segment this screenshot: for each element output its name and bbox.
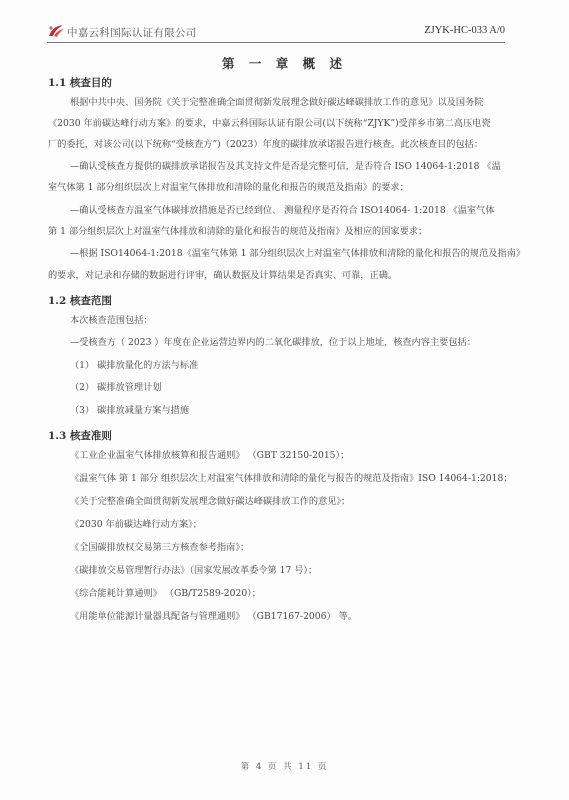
criteria-item: 《工业企业温室气体排放核算和报告通则》 （GBT 32150-2015）；	[48, 445, 540, 467]
document-page: 中嘉云科国际认证有限公司 ZJYK-HC-033 A/0 第 一 章 概 述 1…	[0, 0, 569, 800]
header-divider	[47, 42, 505, 43]
paragraph-line: 根据中共中央、国务院《关于完整准确全面贯彻新发展理念做好碳达峰碳排放工作的意见》…	[48, 92, 540, 114]
list-item: （2） 碳排放管理计划	[48, 377, 540, 399]
page-number: 第 4 页 共 11 页	[0, 760, 569, 772]
document-number: ZJYK-HC-033 A/0	[424, 25, 505, 36]
paragraph-line: —根据 ISO14064-1:2018《温室气体第 1 部分组织层次上对温室气体…	[48, 243, 540, 265]
criteria-item: 《温室气体 第 1 部分 组织层次上对温室气体排放和清除的量化与报告的规范及指南…	[48, 468, 540, 490]
criteria-item: 《碳排放交易管理暂行办法》（国家发展改革委令第 17 号）；	[48, 560, 540, 582]
paragraph-line: —确认受核查方提供的碳排放承诺报告及其支持文件是否是完整可信，是否符合 ISO …	[48, 156, 540, 178]
paragraph-line: —受核查方（ 2023 ）年度在企业运营边界内的二氧化碳排放，位于以上地址，核查…	[48, 332, 540, 354]
criteria-item: 《用能单位能源计量器具配备与管理通则》 （GB17167-2006） 等。	[48, 606, 540, 628]
paragraph-line: 厂的委托，对该公司(以下统称“受核查方”)（2023）年度的碳排放承诺报告进行核…	[48, 134, 518, 156]
company-logo-icon	[47, 24, 65, 38]
section-heading: 1.1 核查目的	[48, 75, 112, 90]
paragraph-line: 的要求，对记录和存储的数据进行评审，确认数据及计算结果是否真实、可靠，正确。	[48, 265, 518, 287]
page-header: 中嘉云科国际认证有限公司 ZJYK-HC-033 A/0	[47, 22, 485, 42]
chapter-title: 第 一 章 概 述	[0, 54, 569, 72]
section-heading: 1.2 核查范围	[48, 293, 112, 308]
paragraph-line: 室气体第 1 部分组织层次上对温室气体排放和清除的量化和报告的规范及指南》的要求…	[48, 177, 518, 199]
list-item: （3） 碳排放减量方案与措施	[48, 400, 540, 422]
criteria-item: 《综合能耗计算通则》 （GB/T2589-2020）；	[48, 583, 540, 605]
paragraph-line: 本次核查范围包括：	[48, 310, 540, 332]
list-item: （1） 碳排放量化的方法与标准	[48, 355, 540, 377]
criteria-item: 《关于完整准确全面贯彻新发展理念做好碳达峰碳排放工作的意见》；	[48, 491, 540, 513]
criteria-item: 《全国碳排放权交易第三方核查参考指南》；	[48, 537, 540, 559]
company-name: 中嘉云科国际认证有限公司	[67, 25, 197, 40]
paragraph-line: —确认受核查方温室气体碳排放措施是否已经到位、 测量程序是否符合 ISO1406…	[48, 200, 540, 222]
section-heading: 1.3 核查准则	[48, 428, 112, 443]
paragraph-line: 第 1 部分组织层次上对温室气体排放和清除的量化和报告的规范及指南》及相应的国家…	[48, 221, 518, 243]
paragraph-line: 《2030 年前碳达峰行动方案》的要求，中嘉云科国际认证有限公司(以下统称“ZJ…	[48, 113, 518, 135]
criteria-item: 《2030 年前碳达峰行动方案》；	[48, 514, 540, 536]
